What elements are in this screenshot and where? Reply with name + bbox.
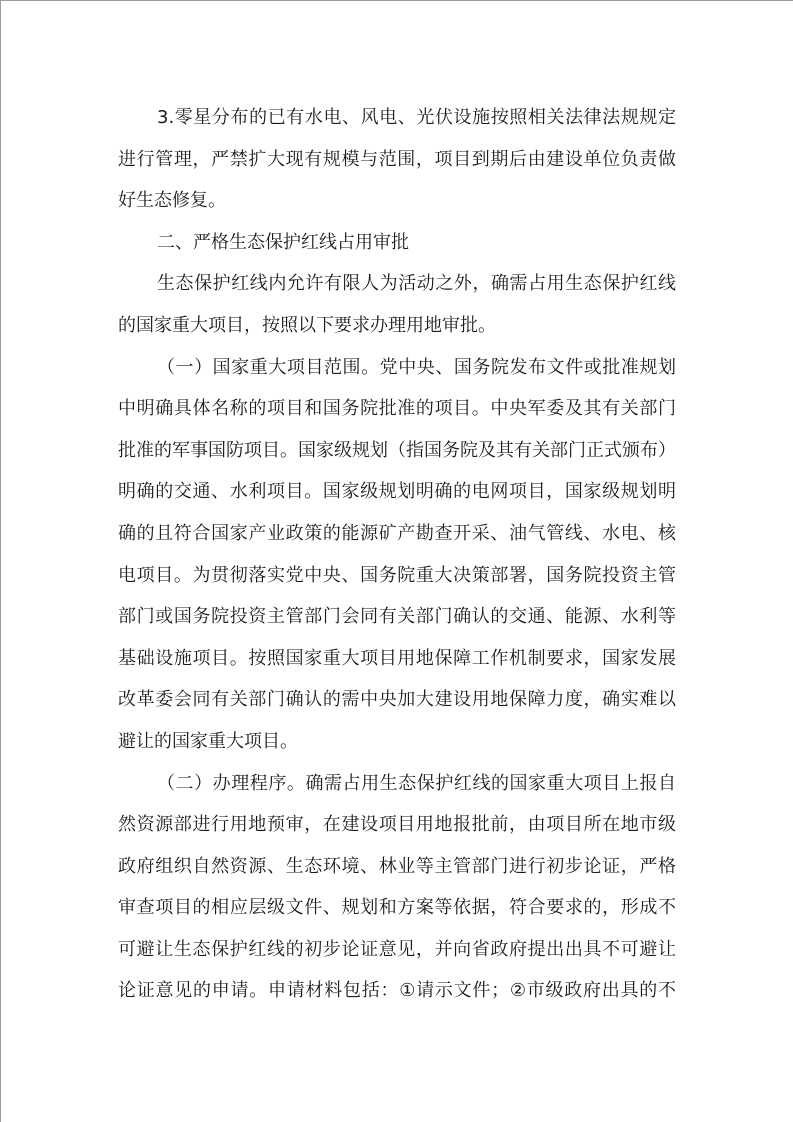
text-line: 好生态修复。 [118,180,676,222]
text-line: 的国家重大项目，按照以下要求办理用地审批。 [118,305,676,347]
text-line: 确的且符合国家产业政策的能源矿产勘查开采、油气管线、水电、核 [118,513,676,555]
text-line: 审查项目的相应层级文件、规划和方案等依据，符合要求的，形成不 [118,887,676,929]
text-line: 可避让生态保护红线的初步论证意见，并向省政府提出出具不可避让 [118,929,676,971]
text-line: 政府组织自然资源、生态环境、林业等主管部门进行初步论证，严格 [118,846,676,888]
text-line: 改革委会同有关部门确认的需中央加大建设用地保障力度，确实难以 [118,679,676,721]
text-line: 然资源部进行用地预审，在建设项目用地报批前，由项目所在地市级 [118,804,676,846]
text-line: 论证意见的申请。申请材料包括：①请示文件；②市级政府出具的不 [118,970,676,1012]
text-line: （二）办理程序。确需占用生态保护红线的国家重大项目上报自 [118,763,676,805]
text-line: 批准的军事国防项目。国家级规划（指国务院及其有关部门正式颁布） [118,430,676,472]
text-line: 3.零星分布的已有水电、风电、光伏设施按照相关法律法规规定 [118,97,676,139]
section-heading: 二、严格生态保护红线占用审批 [118,222,676,264]
text-line: 部门或国务院投资主管部门会同有关部门确认的交通、能源、水利等 [118,596,676,638]
text-line: 避让的国家重大项目。 [118,721,676,763]
text-block: 3.零星分布的已有水电、风电、光伏设施按照相关法律法规规定进行管理，严禁扩大现有… [118,97,676,1012]
document-page: 3.零星分布的已有水电、风电、光伏设施按照相关法律法规规定进行管理，严禁扩大现有… [0,0,793,1122]
text-line: 基础设施项目。按照国家重大项目用地保障工作机制要求，国家发展 [118,638,676,680]
text-line: 生态保护红线内允许有限人为活动之外，确需占用生态保护红线 [118,263,676,305]
text-line: 明确的交通、水利项目。国家级规划明确的电网项目，国家级规划明 [118,471,676,513]
text-line: 电项目。为贯彻落实党中央、国务院重大决策部署，国务院投资主管 [118,555,676,597]
text-line: （一）国家重大项目范围。党中央、国务院发布文件或批准规划 [118,347,676,389]
text-line: 进行管理，严禁扩大现有规模与范围，项目到期后由建设单位负责做 [118,139,676,181]
text-line: 中明确具体名称的项目和国务院批准的项目。中央军委及其有关部门 [118,388,676,430]
